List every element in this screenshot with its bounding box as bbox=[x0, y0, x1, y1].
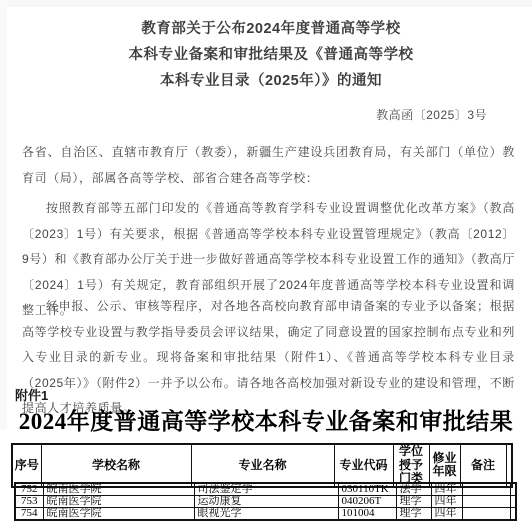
cell-school: 皖南医学院 bbox=[43, 508, 194, 521]
document-title-line-3: 本科专业目录（2025年）》的通知 bbox=[20, 68, 522, 94]
page-edge-top bbox=[0, 0, 532, 7]
results-table-title: 2024年度普通高等学校本科专业备案和审批结果 bbox=[0, 403, 532, 436]
cell-sliver bbox=[510, 483, 516, 496]
header-cell-major: 专业名称 bbox=[191, 444, 334, 487]
page-edge-left bbox=[0, 0, 7, 430]
cell-degree: 理学 bbox=[396, 508, 431, 521]
table-row: 754 皖南医学院 眼视光学 101004 理学 四年 bbox=[15, 508, 516, 521]
results-table-header: 序号 学校名称 专业名称 专业代码 学位授予门类 修业年限 备注 bbox=[11, 443, 513, 488]
attachment-label: 附件1 bbox=[15, 385, 48, 404]
header-cell-code: 专业代码 bbox=[334, 444, 393, 487]
document-title-line-1: 教育部关于公布2024年度普通高等学校 bbox=[20, 16, 522, 42]
cell-major: 司法鉴定学 bbox=[194, 483, 338, 496]
addressee-paragraph: 各省、自治区、直辖市教育厅（教委），新疆生产建设兵团教育局，有关部门（单位）教育… bbox=[22, 140, 515, 191]
cell-school: 皖南医学院 bbox=[43, 483, 194, 496]
cell-years: 四年 bbox=[431, 508, 462, 521]
cell-degree: 法学 bbox=[396, 483, 431, 496]
document-number: 教高函〔2025〕3号 bbox=[376, 106, 487, 123]
results-table: 752 皖南医学院 司法鉴定学 030110TK 法学 四年 753 皖南医学院… bbox=[14, 482, 517, 521]
cell-years: 四年 bbox=[431, 496, 462, 508]
document-title-line-2: 本科专业备案和审批结果及《普通高等学校 bbox=[20, 42, 522, 68]
table-row: 752 皖南医学院 司法鉴定学 030110TK 法学 四年 bbox=[15, 483, 516, 496]
header-cell-note: 备注 bbox=[460, 444, 506, 487]
table-row: 753 皖南医学院 运动康复 040206T 理学 四年 bbox=[15, 496, 516, 508]
cell-code: 030110TK bbox=[338, 483, 396, 496]
document-title: 教育部关于公布2024年度普通高等学校 本科专业备案和审批结果及《普通高等学校 … bbox=[20, 16, 522, 94]
cell-major: 眼视光学 bbox=[194, 508, 338, 521]
header-cell-sliver bbox=[506, 444, 512, 487]
cell-sliver bbox=[510, 508, 516, 521]
cell-code: 040206T bbox=[338, 496, 396, 508]
cell-school: 皖南医学院 bbox=[43, 496, 194, 508]
header-row: 序号 学校名称 专业名称 专业代码 学位授予门类 修业年限 备注 bbox=[12, 444, 512, 487]
cell-note bbox=[462, 483, 510, 496]
cell-no: 752 bbox=[15, 483, 43, 496]
cell-sliver bbox=[510, 496, 516, 508]
cell-note bbox=[462, 508, 510, 521]
cell-no: 754 bbox=[15, 508, 43, 521]
header-cell-degree: 学位授予门类 bbox=[393, 444, 429, 487]
cell-code: 101004 bbox=[338, 508, 396, 521]
header-cell-no: 序号 bbox=[12, 444, 41, 487]
header-cell-years: 修业年限 bbox=[429, 444, 460, 487]
cell-degree: 理学 bbox=[396, 496, 431, 508]
cell-years: 四年 bbox=[431, 483, 462, 496]
cell-note bbox=[462, 496, 510, 508]
header-cell-school: 学校名称 bbox=[41, 444, 191, 487]
cell-major: 运动康复 bbox=[194, 496, 338, 508]
cell-no: 753 bbox=[15, 496, 43, 508]
